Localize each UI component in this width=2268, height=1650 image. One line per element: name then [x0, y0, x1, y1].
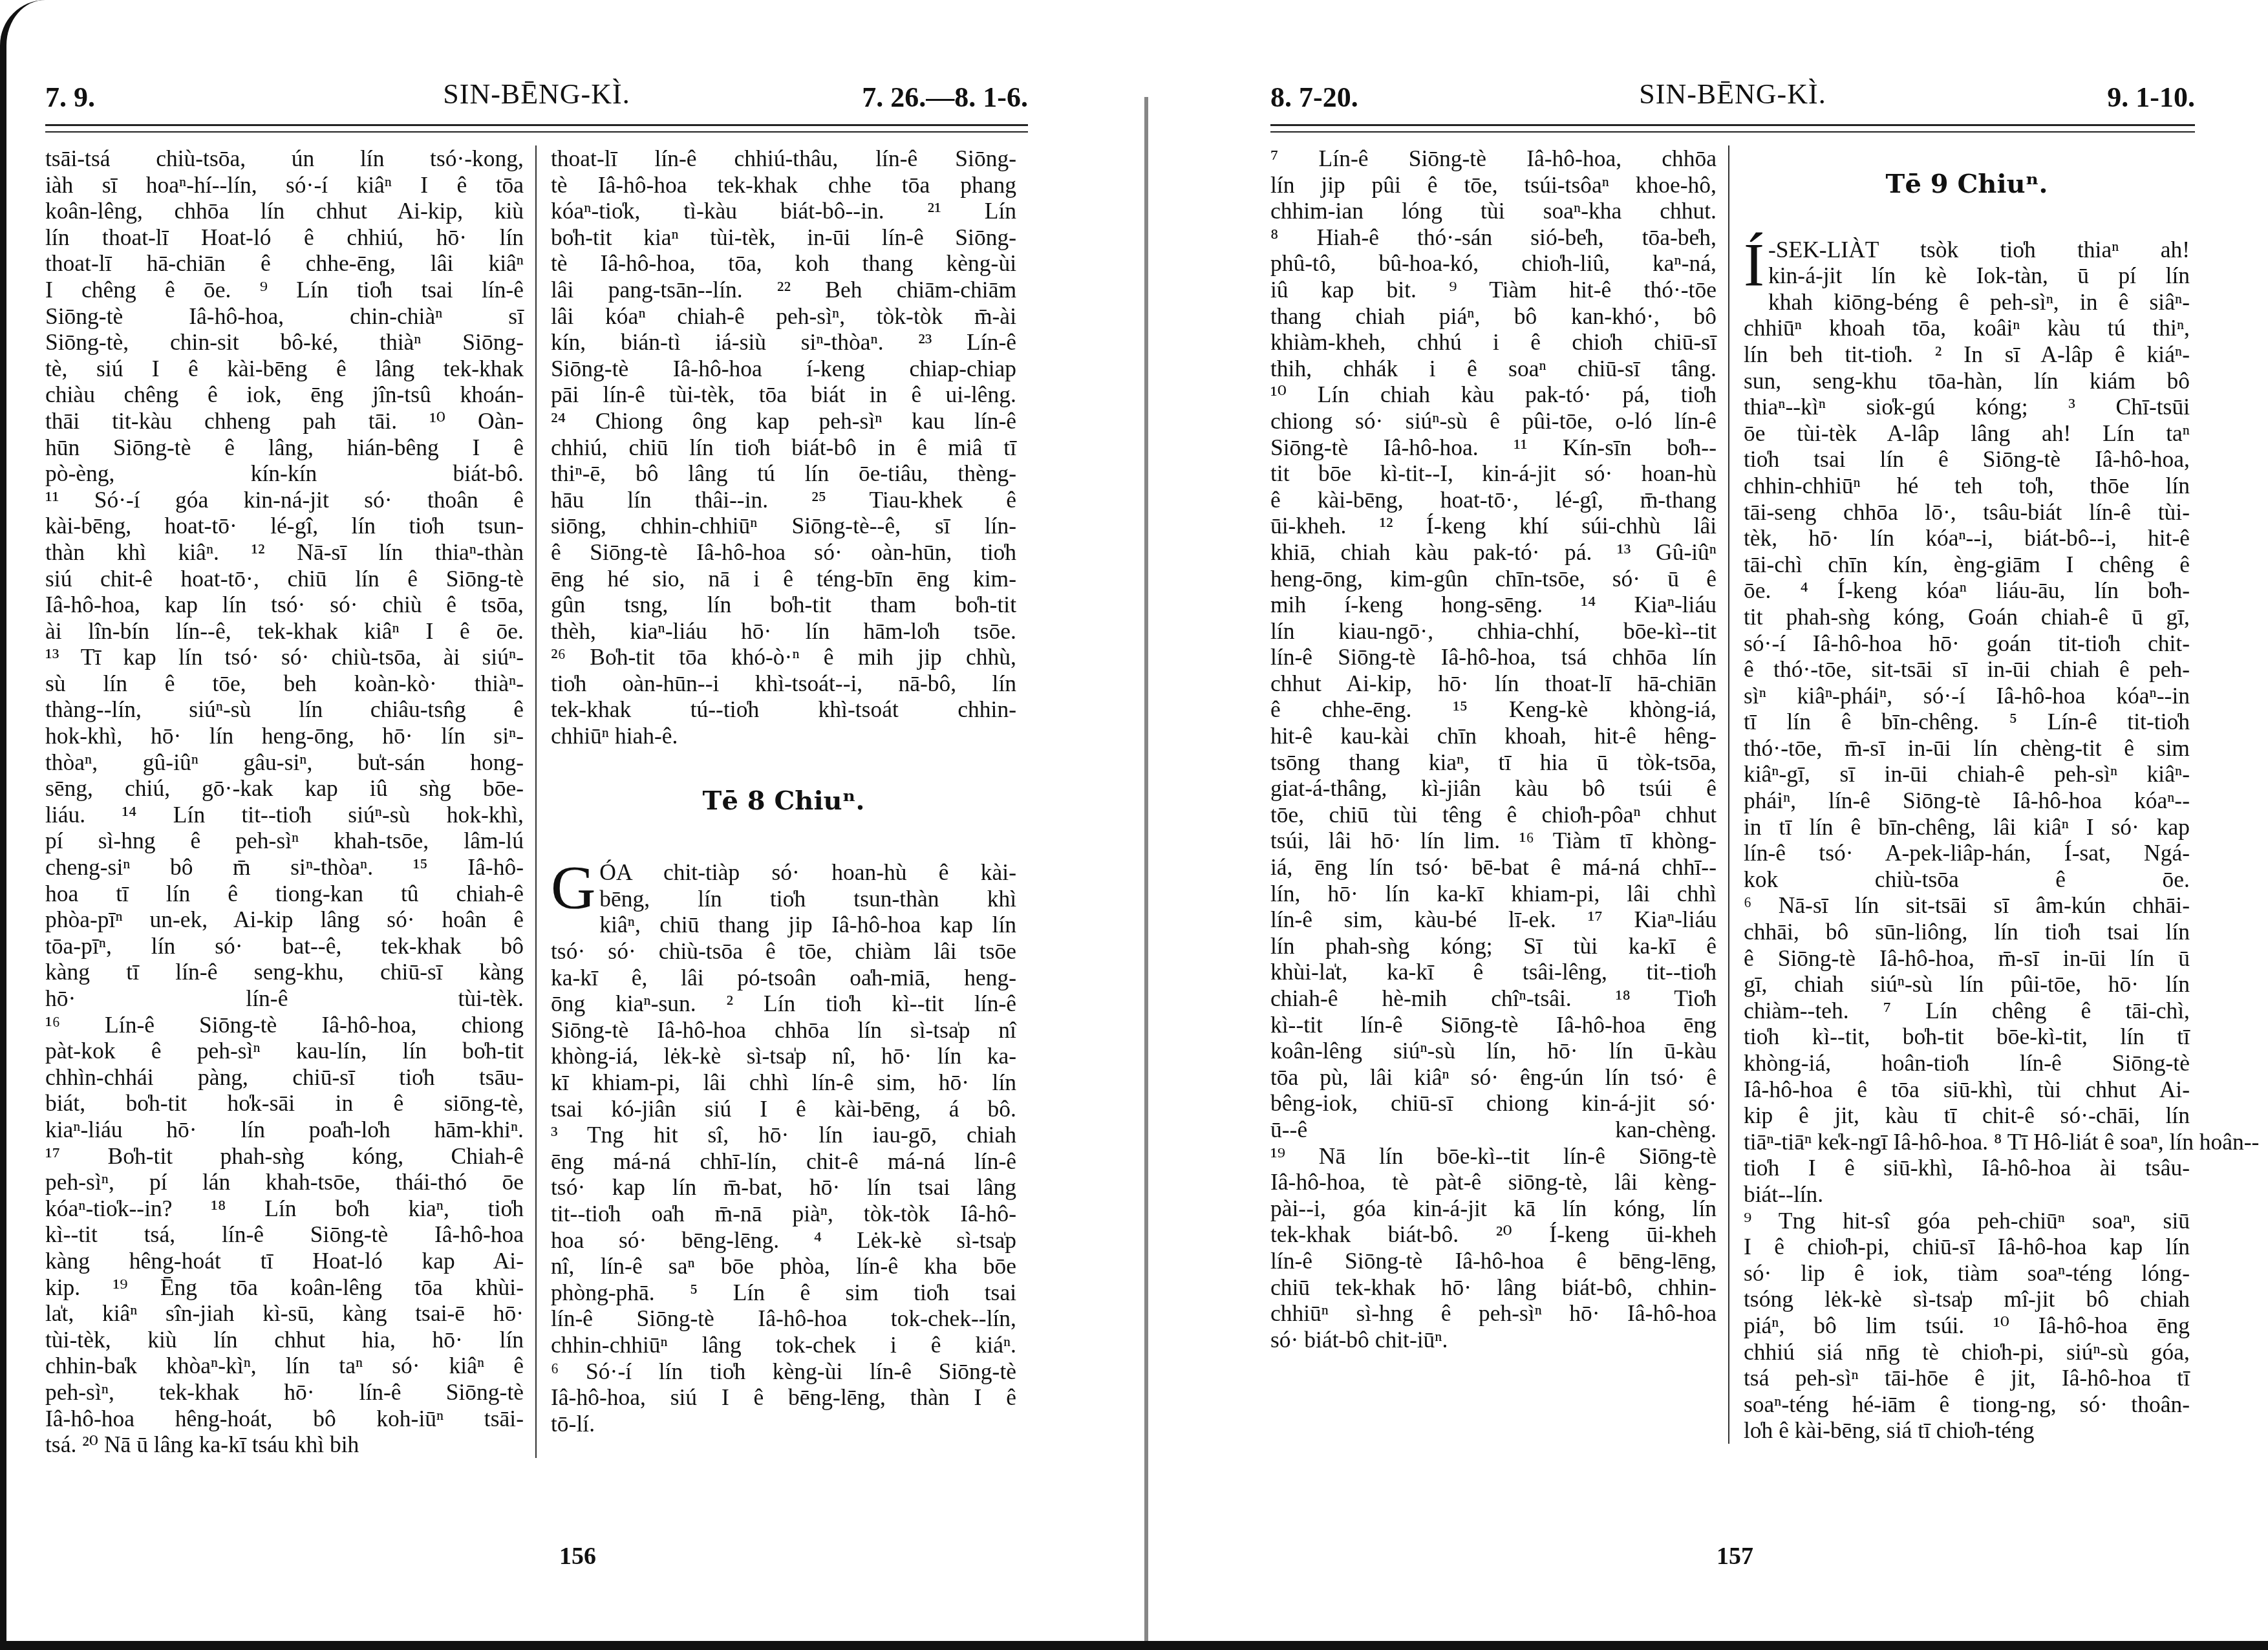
text-line: tāi-chì chīn kín, èng-giām I chêng ê: [1744, 552, 2190, 578]
text-line: liáu. ¹⁴ Lín tit--tio̍h siúⁿ-sù hok-khì,: [45, 802, 524, 828]
text-line: cheng-siⁿ bô m̄ siⁿ-thòaⁿ. ¹⁵ Iâ-hô-: [45, 854, 524, 881]
text-line: lo̍h ê kài-bēng, siá tī chio̍h-téng: [1744, 1417, 2190, 1444]
right-page-header: 8. 7-20. SIN-BĒNG-KÌ. 9. 1-10.: [1270, 71, 2195, 116]
text-line: ÓA chit-tiàp só· hoan-hù ê kài-: [551, 859, 1016, 886]
text-line: thiⁿ-ē, bô lâng tú lín ōe-tiâu, thèng-: [551, 460, 1016, 487]
text-line: kip. ¹⁹ Ēng tōa koân-lêng tōa khùi-: [45, 1274, 524, 1301]
text-line: khiā, chiah kàu pak-tó· pá. ¹³ Gû-iûⁿ: [1270, 539, 1717, 566]
text-line: chiong só· siúⁿ-sù ê pûi-tōe, o-ló lín-ê: [1270, 408, 1717, 434]
text-line: chhiú siá nn̄g tè chio̍h-pi, siúⁿ-sù góa…: [1744, 1339, 2190, 1366]
right-page: 8. 7-20. SIN-BĒNG-KÌ. 9. 1-10. ⁷ Lín-ê S…: [1270, 71, 2195, 1444]
text-line: tsá peh-sìⁿ tāi-hōe ê jit, Iâ-hô-hoa tī: [1744, 1365, 2190, 1391]
text-line: lín-ê Siōng-tè Iâ-hô-hoa, tsá chhōa lín: [1270, 644, 1717, 670]
text-line: sù lín ê tōe, beh koàn-kò· thiàⁿ-: [45, 670, 524, 697]
text-line: tio̍h I ê siū-khì, Iâ-hô-hoa ài tsâu-: [1744, 1155, 2190, 1181]
right-page-column-2: Tē 9 Chiuⁿ. Í -SEK-LIÀT tsòk tio̍h thiaⁿ…: [1729, 145, 2190, 1444]
text-line: chhāi, bô sūn-liông, lín tio̍h tsai lín: [1744, 919, 2190, 945]
text-line: Iâ-hô-hoa, siú I ê bēng-lēng, thàn I ê: [551, 1384, 1016, 1411]
text-line: sìⁿ kiâⁿ-pháiⁿ, só·-í Iâ-hô-hoa kóaⁿ--in: [1744, 683, 2190, 709]
text-line: pài--i, góa kin-á-jit kā lín kóng, lín: [1270, 1195, 1717, 1222]
text-line: ū--ê kan-chèng.: [1270, 1117, 1717, 1143]
text-line: thih, chhák i ê soaⁿ chiū-sī tâng.: [1270, 356, 1717, 382]
text-line: giat-á-thâng, kì-jiân kàu bô tsúi ê: [1270, 775, 1717, 802]
text-line: ê chhe-ēng. ¹⁵ Keng-kè khòng-iá,: [1270, 696, 1717, 723]
text-line: biát--lín.: [1744, 1181, 2190, 1208]
text-line: kī khiam-pi, lâi chhì lín-ê sim, hō· lín: [551, 1069, 1016, 1096]
text-line: kin-á-jit lín kè Iok-tàn, ū pí lín: [1744, 262, 2190, 289]
text-line: chhin-ba̍k khòaⁿ-kìⁿ, lín taⁿ só· kiâⁿ ê: [45, 1353, 524, 1379]
text-line: hit-ê kau-kài chīn khoah, hit-ê hêng-: [1270, 723, 1717, 749]
text-line: ¹⁹ Nā lín bōe-kì--tit lín-ê Siōng-tè: [1270, 1143, 1717, 1170]
text-line: kài-bēng, hoat-tō· lé-gî, lín tio̍h tsun…: [45, 513, 524, 539]
text-line: ¹⁰ Lín chiah kàu pak-tó· pá, tio̍h: [1270, 381, 1717, 408]
text-line: Siōng-tè Iâ-hô-hoa í-keng chiap-chiap: [551, 356, 1016, 382]
text-line: chhut Ai-kip, hō· lín thoat-lī hā-chiān: [1270, 670, 1717, 697]
text-line: Siōng-tè Iâ-hô-hoa, chin-chiàⁿ sī: [45, 303, 524, 330]
text-line: kì--tit lín-ê Siōng-tè Iâ-hô-hoa ēng: [1270, 1012, 1717, 1038]
text-line: ēng má-ná chhī-lín, chit-ê má-ná lín-ê: [551, 1148, 1016, 1175]
text-line: thang chiah piáⁿ, bô kan-khó·, bô: [1270, 303, 1717, 330]
text-line: hoa só· bēng-lēng. ⁴ Lėk-kè sì-tsa̍p: [551, 1227, 1016, 1254]
text-line: phòa-pīⁿ un-ek, Ai-kip lâng só· hoân ê: [45, 906, 524, 933]
text-line: bo̍h-tit kiaⁿ tùi-tèk, in-ūi lín-ê Siōng…: [551, 224, 1016, 251]
text-line: kiaⁿ-liáu hō· lín poa̍h-lo̍h hām-khiⁿ.: [45, 1117, 524, 1143]
text-line: tek-khak tú--tio̍h khì-tsoát chhin-: [551, 696, 1016, 723]
text-line: soaⁿ-téng hé-iām ê tiong-ng, só· thoân-: [1744, 1391, 2190, 1418]
text-line: ⁷ Lín-ê Siōng-tè Iâ-hô-hoa, chhōa: [1270, 145, 1717, 172]
text-line: tio̍h tsai lín ê Siōng-tè Iâ-hô-hoa,: [1744, 446, 2190, 473]
right-page-columns: ⁷ Lín-ê Siōng-tè Iâ-hô-hoa, chhōalín jip…: [1270, 145, 2195, 1444]
text-line: ê kài-bēng, hoat-tō·, lé-gî, m̄-thang: [1270, 487, 1717, 513]
text-line: tùi-tèk, kiù lín chhut hia, hō· lín: [45, 1327, 524, 1353]
text-line: kì--tit tsá, lín-ê Siōng-tè Iâ-hô-hoa: [45, 1221, 524, 1248]
text-line: -SEK-LIÀT tsòk tio̍h thiaⁿ ah!: [1744, 237, 2190, 263]
text-line: I ê chio̍h-pi, chiū-sī Iâ-hô-hoa kap lín: [1744, 1234, 2190, 1260]
text-line: heng-ōng, kim-gûn chīn-tsōe, só· ū ê: [1270, 566, 1717, 592]
page-number: 156: [559, 1542, 596, 1570]
text-line: chhiūⁿ hiah-ê.: [551, 723, 1016, 749]
text-line: chhìn-chhái pàng, chiū-sī tio̍h tsāu-: [45, 1064, 524, 1091]
text-line: chiah-ê hè-mih chîⁿ-tsâi. ¹⁸ Tio̍h: [1270, 985, 1717, 1012]
text-line: khòng-iá, hoân-tio̍h lín-ê Siōng-tè: [1744, 1050, 2190, 1077]
text-line: tsá. ²⁰ Nā ū lâng ka-kī tsáu khì bih: [45, 1431, 524, 1458]
text-line: kiâⁿ, chiū thang jip Iâ-hô-hoa kap lín: [551, 912, 1016, 938]
text-line: kip ê jit, kàu tī chit-ê só·-chāi, lín: [1744, 1102, 2190, 1129]
text-line: ¹⁶ Lín-ê Siōng-tè Iâ-hô-hoa, chiong: [45, 1012, 524, 1038]
text-line: tsúi, lâi hō· lín lim. ¹⁶ Tiàm tī khòng-: [1270, 828, 1717, 854]
text-line: tio̍h oàn-hūn--i khì-tsoát--i, nā-bô, lí…: [551, 670, 1016, 697]
text-line: kàng hêng-hoát tī Hoat-ló kap Ai-: [45, 1248, 524, 1274]
chapter-heading: Tē 8 Chiuⁿ.: [551, 788, 1016, 815]
chapter-body: Í -SEK-LIÀT tsòk tio̍h thiaⁿ ah!kin-á-ji…: [1744, 237, 2190, 1444]
text-line: lín-ê tsó· A-pek-liâp-hán, Í-sat, Ngá-: [1744, 840, 2190, 866]
left-page-column-2: thoat-lī lín-ê chhiú-thâu, lín-ê Siōng-t…: [537, 145, 1016, 1458]
book-binding-edge: [0, 0, 45, 1650]
text-line: iá, ēng lín tsó· bē-bat ê má-ná chhī--: [1270, 854, 1717, 881]
text-line: chhim-ian lóng tùi soaⁿ-kha chhut.: [1270, 198, 1717, 224]
right-page-column-1: ⁷ Lín-ê Siōng-tè Iâ-hô-hoa, chhōalín jip…: [1270, 145, 1729, 1444]
text-line: khah kiōng-béng ê peh-sìⁿ, in ê siâⁿ-: [1744, 289, 2190, 316]
text-line: ēng hé sio, nā i ê téng-bīn ēng kim-: [551, 566, 1016, 592]
text-line: kàng tī lín-ê seng-khu, chiū-sī kàng: [45, 959, 524, 985]
text-line: pháiⁿ, lín-ê Siōng-tè Iâ-hô-hoa kóaⁿ--: [1744, 787, 2190, 814]
drop-cap: G: [551, 862, 595, 914]
text-line: chiū tek-khak hō· lâng biát-bô, chhin-: [1270, 1274, 1717, 1301]
text-line: ⁸ Hiah-ê thó·-sán sió-be̍h, tōa-be̍h,: [1270, 224, 1717, 251]
text-line: tsai kó-jiân siú I ê kài-bēng, á bô.: [551, 1096, 1016, 1122]
text-line: ka-kī ê, lâi pó-tsoân oa̍h-miā, heng-: [551, 965, 1016, 991]
text-line: tio̍h kì--tit, bo̍h-tit bōe-kì-tit, lín …: [1744, 1023, 2190, 1050]
text-line: chhiūⁿ khoah tōa, koâiⁿ kàu tú thiⁿ,: [1744, 315, 2190, 341]
text-line: siōng, chhin-chhiūⁿ Siōng-tè--ê, sī lín-: [551, 513, 1016, 539]
text-line: tōa pù, lâi kiâⁿ só· êng-ún lín tsó· ê: [1270, 1064, 1717, 1091]
left-page-header: 7. 9. SIN-BĒNG-KÌ. 7. 26.—8. 1-6.: [45, 71, 1028, 116]
text-line: thiaⁿ--kìⁿ sio̍k-gú kóng; ³ Chī-tsūi: [1744, 394, 2190, 420]
text-line: tit bōe kì-tit--I, kin-á-jit só· hoan-hù: [1270, 460, 1717, 487]
text-line: Siōng-tè, chin-sit bô-ké, thiàⁿ Siōng-: [45, 329, 524, 356]
text-line: Siōng-tè Iâ-hô-hoa. ¹¹ Kín-sīn bo̍h--: [1270, 434, 1717, 461]
text-line: biát, bo̍h-tit ho̍k-sāi in ê siōng-tè,: [45, 1090, 524, 1117]
chapter-text: -SEK-LIÀT tsòk tio̍h thiaⁿ ah!kin-á-jit …: [1744, 237, 2190, 1444]
text-line: só· lip ê iok, tiàm soaⁿ-téng lóng-: [1744, 1260, 2190, 1287]
left-page-columns: tsāi-tsá chiù-tsōa, ún lín tsó·-kong,iàh…: [45, 145, 1028, 1458]
text-line: ê Siōng-tè Iâ-hô-hoa, m̄-sī in-ūi lín ū: [1744, 945, 2190, 972]
text-line: ²⁶ Bo̍h-tit tōa khó-ò·ⁿ ê mih jip chhù,: [551, 644, 1016, 670]
text-line: tāi-seng chhōa lō·, tsâu-biát lín-ê tùi-: [1744, 499, 2190, 526]
text-line: gûn tsng, lín bo̍h-tit tham bo̍h-tit: [551, 592, 1016, 618]
text-line: peh-sìⁿ, pí lán khah-tsōe, thái-thó ōe: [45, 1169, 524, 1195]
text-line: lín beh tit-tio̍h. ² In sī A-lâp ê kiáⁿ-: [1744, 341, 2190, 368]
text-line: chiàm--teh. ⁷ Lín chêng ê tāi-chì,: [1744, 998, 2190, 1024]
text-line: lín-ê sim, kàu-bé lī-ek. ¹⁷ Kiaⁿ-liáu: [1270, 906, 1717, 933]
text-line: tè Iâ-hô-hoa, tōa, koh thang kèng-ùi: [551, 250, 1016, 277]
text-line: peh-sìⁿ, tek-khak hō· lín-ê Siōng-tè: [45, 1379, 524, 1406]
text-line: I chêng ê ōe. ⁹ Lín tio̍h tsai lín-ê: [45, 277, 524, 303]
text-line: tō-lí.: [551, 1411, 1016, 1437]
text-line: Siōng-tè Iâ-hô-hoa chhōa lín sì-tsa̍p nî: [551, 1017, 1016, 1044]
text-line: ³ Tng hit sî, hō· lín iau-gō, chiah: [551, 1122, 1016, 1148]
text-line: thoat-lī lín-ê chhiú-thâu, lín-ê Siōng-: [551, 145, 1016, 172]
text-line: pí sì-hng ê peh-sìⁿ khah-tsōe, lâm-lú: [45, 828, 524, 854]
text-line: thó·-tōe, m̄-sī in-ūi lín chèng-tit ê si…: [1744, 735, 2190, 762]
text-line: lín phah-sǹg kóng; Sī tùi ka-kī ê: [1270, 933, 1717, 959]
text-line: tit phah-sǹg kóng, Goán chiah-ê ū gī,: [1744, 604, 2190, 630]
text-line: nî, lín-ê saⁿ bōe phòa, lín-ê kha bōe: [551, 1253, 1016, 1280]
text-line: kok chiù-tsōa ê ōe.: [1744, 866, 2190, 893]
text-line: koân-lêng siúⁿ-sù lín, hō· lín ū-kàu: [1270, 1038, 1717, 1064]
text-line: ²⁴ Chiong ông kap peh-sìⁿ kau lín-ê: [551, 408, 1016, 434]
text-line: ¹³ Tī kap lín tsó· só· chiù-tsōa, ài siú…: [45, 644, 524, 670]
text-line: hūn Siōng-tè ê lâng, hián-bêng I ê: [45, 434, 524, 461]
text-line: iû kap bit. ⁹ Tiàm hit-ê thó·-tōe: [1270, 277, 1717, 303]
text-line: tsāi-tsá chiù-tsōa, ún lín tsó·-kong,: [45, 145, 524, 172]
header-double-rule: [45, 124, 1028, 133]
text-line: ê thó·-tōe, sit-tsāi sī in-ūi chiah ê pe…: [1744, 656, 2190, 683]
text-line: khùi-la̍t, ka-kī ê tsâi-lêng, tit--tio̍h: [1270, 959, 1717, 985]
text-line: lín, hō· lín ka-kī khiam-pi, lâi chhì: [1270, 881, 1717, 907]
text-line: chhiūⁿ sì-hng ê peh-sìⁿ hō· Iâ-hô-hoa: [1270, 1300, 1717, 1327]
text-line: chhin-chhiūⁿ hé teh to̍h, thōe lín: [1744, 473, 2190, 499]
text-line: ūi-kheh. ¹² Í-keng khí súi-chhù lâi: [1270, 513, 1717, 539]
text-line: ài lîn-bín lín--ê, tek-khak kiâⁿ I ê ōe.: [45, 618, 524, 645]
text-line: chhin-chhiūⁿ lâng tok-chek i ê kiáⁿ.: [551, 1332, 1016, 1358]
text-line: ¹¹ Só·-í góa kin-ná-jit só· thoân ê: [45, 487, 524, 513]
text-line: ōng kiaⁿ-sun. ² Lín tio̍h kì--tit lín-ê: [551, 991, 1016, 1017]
text-line: khiàm-kheh, chhú i ê chio̍h chiū-sī: [1270, 329, 1717, 356]
text-line: thàn khì kiâⁿ. ¹² Nā-sī lín thiaⁿ-thàn: [45, 539, 524, 566]
text-line: Iâ-hô-hoa, tè pàt-ê siōng-tè, lâi kèng-: [1270, 1169, 1717, 1195]
text-line: tè, siú I ê kài-bēng ê lâng tek-khak: [45, 356, 524, 382]
text-line: phòng-phā. ⁵ Lín ê sim tio̍h tsai: [551, 1280, 1016, 1306]
left-header-verse-range-end: 7. 26.—8. 1-6.: [862, 81, 1028, 114]
text-line: tek-khak biát-bô. ²⁰ Í-keng ūi-kheh: [1270, 1221, 1717, 1248]
header-double-rule: [1270, 124, 2195, 133]
text-line: kiâⁿ-gī, sī in-ūi chiah-ê peh-sìⁿ kiâⁿ-: [1744, 761, 2190, 787]
text-line: ⁹ Tng hit-sî góa peh-chiūⁿ soaⁿ, siū: [1744, 1208, 2190, 1234]
text-line: tsōng thang kiaⁿ, tī hia ū tòk-tsōa,: [1270, 749, 1717, 776]
text-line: mih í-keng hong-sēng. ¹⁴ Kiaⁿ-liáu: [1270, 592, 1717, 618]
text-line: tèk, hō· lín kóaⁿ--i, biát-bô--i, hit-ê: [1744, 525, 2190, 552]
text-line: sēng, chiú, gō·-kak kap iû sǹg bōe-: [45, 775, 524, 802]
text-line: lín jip pûi ê tōe, tsúi-tsôaⁿ khoe-hô,: [1270, 172, 1717, 198]
text-line: tōa-pīⁿ, lín só· bat--ê, tek-khak bô: [45, 933, 524, 959]
text-line: ¹⁷ Bo̍h-tit phah-sǹg kóng, Chiah-ê: [45, 1143, 524, 1170]
column-text-before-chapter: thoat-lī lín-ê chhiú-thâu, lín-ê Siōng-t…: [551, 145, 1016, 749]
text-line: tiāⁿ-tiāⁿ ke̍k-ngī Iâ-hô-hoa. ⁸ Tī Hô-li…: [1744, 1129, 2190, 1155]
chapter-text: ÓA chit-tiàp só· hoan-hù ê kài-bēng, lín…: [551, 859, 1016, 1437]
page-number: 157: [1717, 1542, 1753, 1570]
text-line: ⁶ Só·-í lín tio̍h kèng-ùi lín-ê Siōng-tè: [551, 1358, 1016, 1385]
chapter-body: G ÓA chit-tiàp só· hoan-hù ê kài-bēng, l…: [551, 859, 1016, 1437]
text-line: chiàu chêng ê iok, ēng jîn-tsû khoán-: [45, 381, 524, 408]
text-line: ê Siōng-tè Iâ-hô-hoa só· oàn-hūn, tio̍h: [551, 539, 1016, 566]
text-line: khòng-iá, lėk-kè sì-tsa̍p nî, hō· lín ka…: [551, 1043, 1016, 1069]
text-line: ⁶ Nā-sī lín sit-tsāi sī âm-kún chhāi-: [1744, 892, 2190, 919]
text-line: tsó· kap lín m̄-bat, hō· lín tsai lâng: [551, 1174, 1016, 1201]
text-line: thāi tit-kàu chheng pah tāi. ¹⁰ Oàn-: [45, 408, 524, 434]
text-line: hoa tī lín ê tiong-kan tû chiah-ê: [45, 881, 524, 907]
text-line: bêng-iok, chiū-sī chiong kin-á-jit só·: [1270, 1090, 1717, 1117]
drop-cap: Í: [1744, 239, 1764, 291]
right-header-book-title: SIN-BĒNG-KÌ.: [1270, 78, 2195, 111]
text-line: hok-khì, hō· lín heng-ōng, hō· lín siⁿ-: [45, 723, 524, 749]
text-line: lín kiau-ngō·, chhia-chhí, bōe-kì--tit: [1270, 618, 1717, 645]
text-line: kóaⁿ-tio̍k, tì-kàu biát-bô--in. ²¹ Lín: [551, 198, 1016, 224]
text-line: phû-tô, bû-hoa-kó, chio̍h-liû, kaⁿ-ná,: [1270, 250, 1717, 277]
text-line: sun, seng-khu tōa-hàn, lín kiám bô: [1744, 368, 2190, 394]
text-line: la̍t, kiâⁿ sîn-jiah kì-sū, kàng tsai-ē h…: [45, 1300, 524, 1327]
text-line: ōe. ⁴ Í-keng kóaⁿ liáu-āu, lín bo̍h-: [1744, 577, 2190, 604]
text-line: tsóng lėk-kè sì-tsa̍p mî-jit bô chiah: [1744, 1286, 2190, 1312]
text-line: lín thoat-lī Hoat-ló ê chhiú, hō· lín: [45, 224, 524, 251]
text-line: pò-èng, kín-kín biát-bô.: [45, 460, 524, 487]
text-line: thoat-lī hā-chiān ê chhe-ēng, lâi kiâⁿ: [45, 250, 524, 277]
text-line: thèh, kiaⁿ-liáu hō· lín hām-lo̍h tsōe.: [551, 618, 1016, 645]
text-line: iàh sī hoaⁿ-hí--lín, só·-í kiâⁿ I ê tōa: [45, 172, 524, 198]
text-line: pāi lín-ê tùi-tèk, tōa biát in ê ui-lêng…: [551, 381, 1016, 408]
text-line: só·-í Iâ-hô-hoa hō· goán tit-tio̍h chit-: [1744, 630, 2190, 657]
text-line: lín-ê Siōng-tè Iâ-hô-hoa tok-chek--lín,: [551, 1305, 1016, 1332]
text-line: só· biát-bô chit-iūⁿ.: [1270, 1327, 1717, 1353]
text-line: Iâ-hô-hoa ê tōa siū-khì, tùi chhut Ai-: [1744, 1077, 2190, 1103]
text-line: bēng, lín tio̍h tsun-thàn khì: [551, 886, 1016, 912]
text-line: Iâ-hô-hoa, kap lín tsó· só· chiù ê tsōa,: [45, 592, 524, 618]
text-line: pàt-kok ê peh-sìⁿ kau-lín, lín bo̍h-tit: [45, 1038, 524, 1064]
text-line: tsó· só· chiù-tsōa ê tōe, chiàm lâi tsōe: [551, 938, 1016, 965]
text-line: Iâ-hô-hoa hêng-hoát, bô koh-iūⁿ tsāi-: [45, 1406, 524, 1432]
text-line: tè Iâ-hô-hoa tek-khak chhe tōa phang: [551, 172, 1016, 198]
text-line: tōe, chiū tùi têng ê chio̍h-pôaⁿ chhut: [1270, 802, 1717, 828]
text-line: lín-ê Siōng-tè Iâ-hô-hoa ê bēng-lēng,: [1270, 1248, 1717, 1274]
text-line: koân-lêng, chhōa lín chhut Ai-kip, kiù: [45, 198, 524, 224]
text-line: siú chit-ê hoat-tō·, chiū lín ê Siōng-tè: [45, 566, 524, 592]
text-line: gī, chiah siúⁿ-sù lín pûi-tōe, hō· lín: [1744, 971, 2190, 998]
text-line: ōe tùi-tèk A-lâp lâng ah! Lín taⁿ: [1744, 420, 2190, 447]
text-line: hō· lín-ê tùi-tèk.: [45, 985, 524, 1012]
text-line: kín, bián-tì iá-siù siⁿ-thòaⁿ. ²³ Lín-ê: [551, 329, 1016, 356]
text-line: thàng--lín, siúⁿ-sù lín chiâu-tsn̂g ê: [45, 696, 524, 723]
text-line: lâi kóaⁿ chiah-ê peh-sìⁿ, tòk-tòk m̄-ài: [551, 303, 1016, 330]
chapter-heading: Tē 9 Chiuⁿ.: [1744, 171, 2190, 198]
text-line: thòaⁿ, gû-iûⁿ gâu-siⁿ, bu̍t-sán hong-: [45, 749, 524, 776]
text-line: kóaⁿ-tio̍k--in? ¹⁸ Lín bo̍h kiaⁿ, tio̍h: [45, 1195, 524, 1222]
text-line: tit--tio̍h oa̍h m̄-nā piàⁿ, tòk-tòk Iâ-h…: [551, 1201, 1016, 1227]
book-bottom-edge: [0, 1641, 2268, 1650]
right-header-verse-range-end: 9. 1-10.: [2107, 81, 2195, 114]
left-page-column-1: tsāi-tsá chiù-tsōa, ún lín tsó·-kong,iàh…: [45, 145, 537, 1458]
left-page: 7. 9. SIN-BĒNG-KÌ. 7. 26.—8. 1-6. tsāi-t…: [45, 71, 1028, 1458]
text-line: in tī lín ê bīn-chêng, lâi kiâⁿ I só· ka…: [1744, 814, 2190, 841]
text-line: piáⁿ, bô lim tsúi. ¹⁰ Iâ-hô-hoa ēng: [1744, 1312, 2190, 1339]
text-line: lâi pang-tsān--lín. ²² Beh chiām-chiām: [551, 277, 1016, 303]
text-line: hāu lín thâi--in. ²⁵ Tiau-khek ê: [551, 487, 1016, 513]
book-spine-gutter: [1144, 97, 1148, 1649]
text-line: chhiú, chiū lín tio̍h biát-bô in ê miâ t…: [551, 434, 1016, 461]
text-line: tī lín ê bīn-chêng. ⁵ Lín-ê tit-tio̍h: [1744, 709, 2190, 735]
